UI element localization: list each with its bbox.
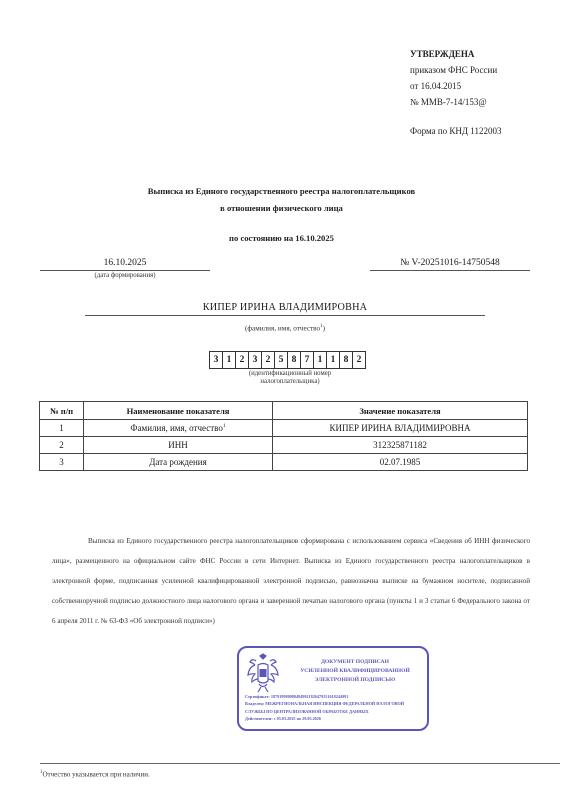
inn-digit-boxes: 312325871182 bbox=[210, 351, 366, 369]
footnote-divider bbox=[40, 763, 560, 764]
approval-block: УТВЕРЖДЕНА приказом ФНС России от 16.04.… bbox=[410, 46, 501, 139]
stamp-details: Сертификат: 1879199800804949921826479151… bbox=[245, 693, 425, 722]
person-name-underline bbox=[85, 315, 485, 316]
row-indicator-value: 312325871182 bbox=[273, 437, 528, 454]
approval-title: УТВЕРЖДЕНА bbox=[410, 46, 501, 62]
inn-digit-box: 7 bbox=[300, 351, 314, 369]
inn-digit-box: 8 bbox=[287, 351, 301, 369]
table-row: 1Фамилия, имя, отчество1КИПЕР ИРИНА ВЛАД… bbox=[40, 420, 528, 437]
row-indicator-value: 02.07.1985 bbox=[273, 454, 528, 471]
table-row: 2ИНН312325871182 bbox=[40, 437, 528, 454]
stamp-heading: ДОКУМЕНТ ПОДПИСАН УСИЛЕННОЙ КВАЛИФИЦИРОВ… bbox=[287, 658, 423, 685]
row-indicator-value: КИПЕР ИРИНА ВЛАДИМИРОВНА bbox=[273, 420, 528, 437]
formation-date-block: 16.10.2025 (дата формирования) bbox=[40, 258, 210, 279]
stamp-validity: Действителен: с 05.03.2025 по 29.05.2026 bbox=[245, 715, 425, 722]
person-full-name: КИПЕР ИРИНА ВЛАДИМИРОВНА bbox=[30, 302, 540, 315]
inn-caption-line1: (идентификационный номер bbox=[210, 370, 370, 378]
stamp-heading-line2: УСИЛЕННОЙ КВАЛИФИЦИРОВАННОЙ bbox=[287, 667, 423, 676]
electronic-signature-stamp: ДОКУМЕНТ ПОДПИСАН УСИЛЕННОЙ КВАЛИФИЦИРОВ… bbox=[237, 646, 429, 731]
person-name-caption: (фамилия, имя, отчество1) bbox=[30, 324, 540, 332]
inn-caption: (идентификационный номер налогоплательщи… bbox=[210, 370, 370, 386]
form-code: Форма по КНД 1122003 bbox=[410, 123, 501, 139]
table-header-row: № п/п Наименование показателя Значение п… bbox=[40, 402, 528, 420]
inn-digit-box: 2 bbox=[352, 351, 366, 369]
document-as-of-date: по состоянию на 16.10.2025 bbox=[0, 233, 563, 243]
legal-notice-paragraph: Выписка из Единого государственного реес… bbox=[52, 531, 530, 631]
header-indicator-value: Значение показателя bbox=[273, 402, 528, 420]
header-indicator-name: Наименование показателя bbox=[84, 402, 273, 420]
person-name-block: КИПЕР ИРИНА ВЛАДИМИРОВНА (фамилия, имя, … bbox=[30, 302, 540, 332]
stamp-owner: Владелец: МЕЖРЕГИОНАЛЬНАЯ ИНСПЕКЦИЯ ФЕДЕ… bbox=[245, 700, 425, 715]
document-title-line2: в отношении физического лица bbox=[0, 203, 563, 213]
row-number: 2 bbox=[40, 437, 84, 454]
indicator-name-text: Дата рождения bbox=[149, 457, 207, 467]
name-caption-text: (фамилия, имя, отчество bbox=[245, 324, 320, 332]
document-title-line1: Выписка из Единого государственного реес… bbox=[0, 186, 563, 196]
stamp-certificate: Сертификат: 1879199800804949921826479151… bbox=[245, 693, 425, 700]
formation-date-underline bbox=[40, 270, 210, 271]
info-table: № п/п Наименование показателя Значение п… bbox=[39, 401, 528, 471]
document-number: № V-20251016-14750548 bbox=[370, 258, 530, 270]
document-number-underline bbox=[370, 270, 530, 271]
inn-digit-box: 2 bbox=[235, 351, 249, 369]
row-indicator-name: Фамилия, имя, отчество1 bbox=[84, 420, 273, 437]
indicator-name-text: Фамилия, имя, отчество bbox=[130, 423, 222, 433]
inn-digit-box: 2 bbox=[261, 351, 275, 369]
inn-digit-box: 1 bbox=[313, 351, 327, 369]
table-row: 3Дата рождения02.07.1985 bbox=[40, 454, 528, 471]
stamp-heading-line3: ЭЛЕКТРОННОЙ ПОДПИСЬЮ bbox=[287, 676, 423, 685]
document-number-block: № V-20251016-14750548 bbox=[370, 258, 530, 271]
row-number: 1 bbox=[40, 420, 84, 437]
inn-digit-box: 8 bbox=[339, 351, 353, 369]
row-indicator-name: Дата рождения bbox=[84, 454, 273, 471]
inn-digit-box: 1 bbox=[222, 351, 236, 369]
footnote-ref: 1 bbox=[223, 423, 226, 429]
approval-date: от 16.04.2015 bbox=[410, 78, 501, 94]
formation-date-caption: (дата формирования) bbox=[40, 272, 210, 279]
header-number: № п/п bbox=[40, 402, 84, 420]
row-indicator-name: ИНН bbox=[84, 437, 273, 454]
inn-digit-box: 3 bbox=[248, 351, 262, 369]
stamp-heading-line1: ДОКУМЕНТ ПОДПИСАН bbox=[287, 658, 423, 667]
double-headed-eagle-emblem-icon bbox=[246, 653, 280, 693]
row-number: 3 bbox=[40, 454, 84, 471]
inn-digit-box: 1 bbox=[326, 351, 340, 369]
inn-digit-box: 3 bbox=[209, 351, 223, 369]
indicator-name-text: ИНН bbox=[168, 440, 188, 450]
inn-digit-box: 5 bbox=[274, 351, 288, 369]
footnote-text: Отчество указывается при наличии. bbox=[43, 770, 150, 778]
approval-order: приказом ФНС России bbox=[410, 62, 501, 78]
inn-caption-line2: налогоплательщика) bbox=[210, 378, 370, 386]
footnote: 1Отчество указывается при наличии. bbox=[40, 770, 150, 778]
name-caption-end: ) bbox=[323, 324, 325, 332]
approval-number: № ММВ-7-14/153@ bbox=[410, 94, 501, 110]
formation-date: 16.10.2025 bbox=[40, 258, 210, 270]
